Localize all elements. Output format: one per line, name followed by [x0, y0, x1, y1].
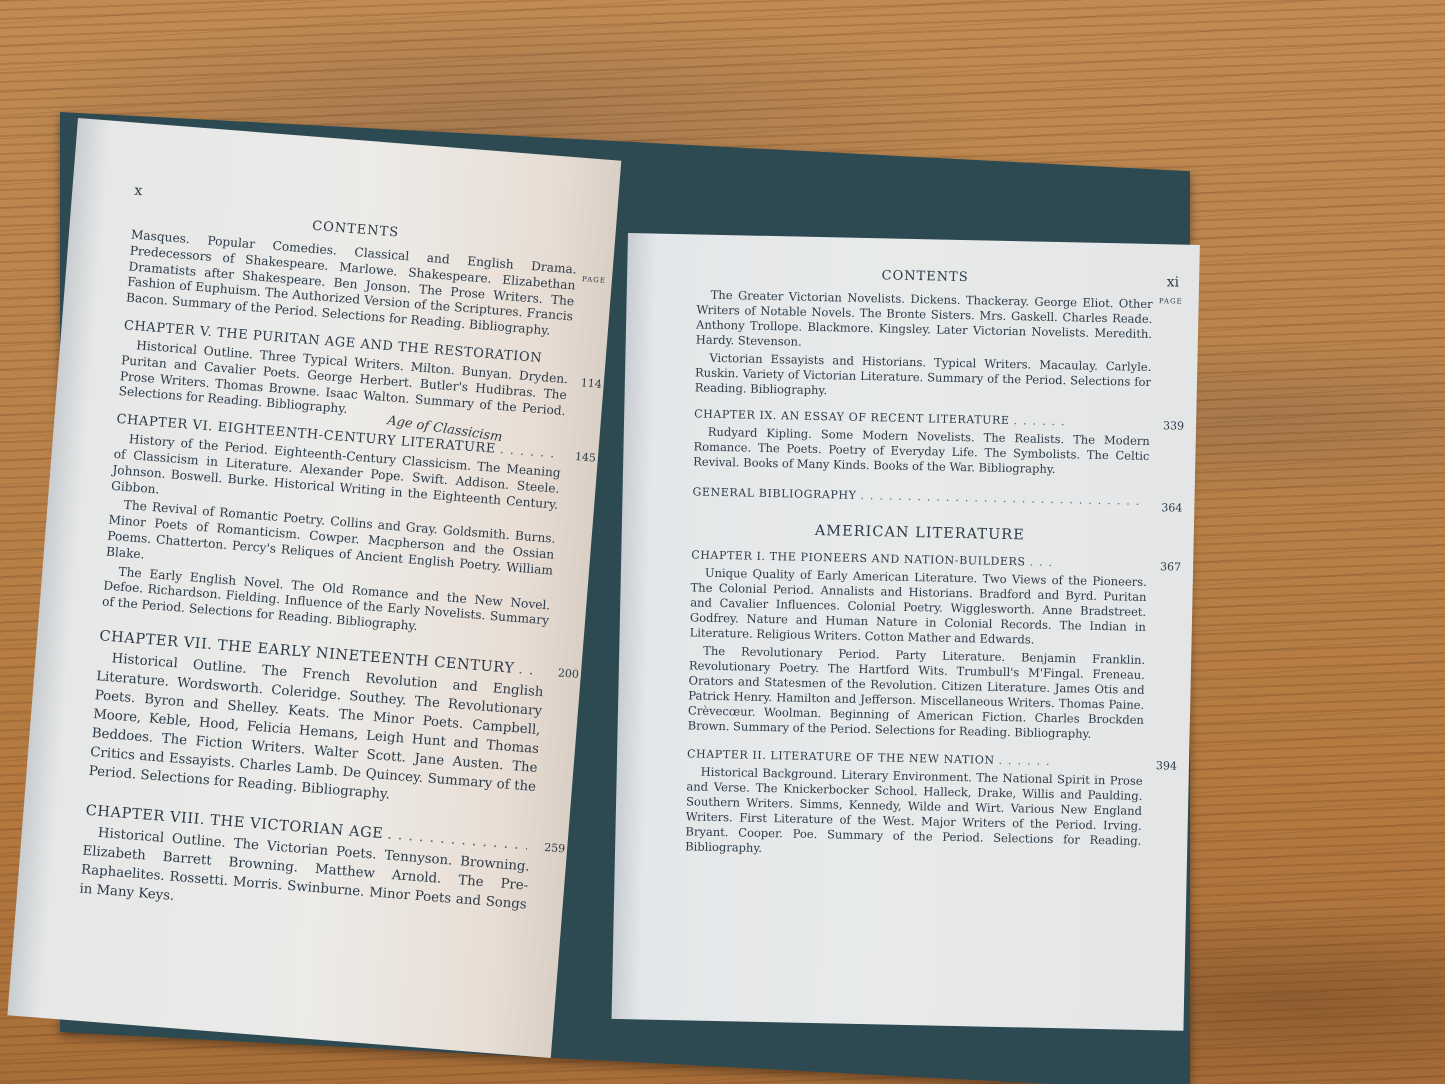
toc-entry-chapter-vi: Age of Classicism CHAPTER VI. EIGHTEENTH…: [101, 412, 562, 645]
entry-summary: History of the Period. Eighteenth-Centur…: [101, 431, 561, 645]
chapter-heading: GENERAL BIBLIOGRAPHY ...................…: [692, 485, 1148, 508]
folio-number: xi: [1167, 274, 1180, 290]
folio-number: x: [134, 183, 143, 200]
toc-entry-continued: PAGE The Greater Victorian Novelists. Di…: [695, 287, 1153, 405]
page-number: 145: [574, 450, 596, 465]
page-number: 200: [557, 666, 579, 681]
toc-entry-general-bibliography: GENERAL BIBLIOGRAPHY ...................…: [692, 485, 1148, 508]
entry-summary: Rudyard Kipling. Some Modern Novelists. …: [693, 424, 1150, 479]
summary-paragraph: The Revolutionary Period. Party Literatu…: [688, 643, 1146, 743]
page-column-label: PAGE: [582, 275, 606, 285]
page-number: 114: [580, 376, 602, 391]
dot-leader: ...: [1029, 555, 1143, 570]
dot-leader: ......: [998, 754, 1139, 770]
summary-paragraph: Unique Quality of Early American Literat…: [689, 565, 1146, 650]
chapter-title: CHAPTER I. THE PIONEERS AND NATION-BUILD…: [691, 548, 1026, 568]
chapter-title: CHAPTER IX. AN ESSAY OF RECENT LITERATUR…: [694, 407, 1010, 427]
chapter-title: CHAPTER II. LITERATURE OF THE NEW NATION: [687, 747, 995, 766]
summary-paragraph: The Greater Victorian Novelists. Dickens…: [696, 287, 1153, 357]
dot-leader: ..........: [499, 442, 558, 462]
toc-entry-chapter-ix: CHAPTER IX. AN ESSAY OF RECENT LITERATUR…: [693, 407, 1150, 479]
chapter-title: GENERAL BIBLIOGRAPHY: [692, 485, 856, 501]
summary-paragraph: Victorian Essayists and Historians. Typi…: [695, 350, 1152, 405]
dot-leader: ..............................: [860, 489, 1144, 508]
entry-summary: Unique Quality of Early American Literat…: [688, 565, 1147, 743]
left-page: x CONTENTS PAGE Masques. Popular Comedie…: [7, 118, 621, 1058]
toc-entry-american-chapter-i: CHAPTER I. THE PIONEERS AND NATION-BUILD…: [688, 548, 1148, 743]
entry-summary: Historical Background. Literary Environm…: [685, 764, 1143, 864]
toc-entry-chapter-vii: CHAPTER VII. THE EARLY NINETEENTH CENTUR…: [88, 628, 546, 816]
dot-leader: ......: [1013, 414, 1146, 430]
page-number: 394: [1156, 759, 1177, 772]
summary-paragraph: Rudyard Kipling. Some Modern Novelists. …: [693, 424, 1150, 479]
page-number: 367: [1160, 560, 1181, 573]
page-number: 339: [1163, 419, 1184, 432]
page-number: 364: [1161, 501, 1182, 514]
entry-summary: The Greater Victorian Novelists. Dickens…: [695, 287, 1153, 405]
page-number: 259: [544, 841, 566, 856]
page-column-label: PAGE: [1159, 297, 1183, 305]
summary-paragraph: Historical Background. Literary Environm…: [685, 764, 1143, 864]
right-page: CONTENTS xi PAGE The Greater Victorian N…: [612, 233, 1200, 1031]
toc-entry-american-chapter-ii: CHAPTER II. LITERATURE OF THE NEW NATION…: [685, 747, 1143, 864]
right-page-header: CONTENTS xi: [697, 264, 1153, 289]
dot-leader: ..........: [518, 661, 542, 679]
section-title: AMERICAN LITERATURE: [692, 520, 1148, 546]
running-head: CONTENTS: [697, 264, 1153, 289]
toc-entry-chapter-viii: CHAPTER VIII. THE VICTORIAN AGE ........…: [79, 803, 532, 934]
